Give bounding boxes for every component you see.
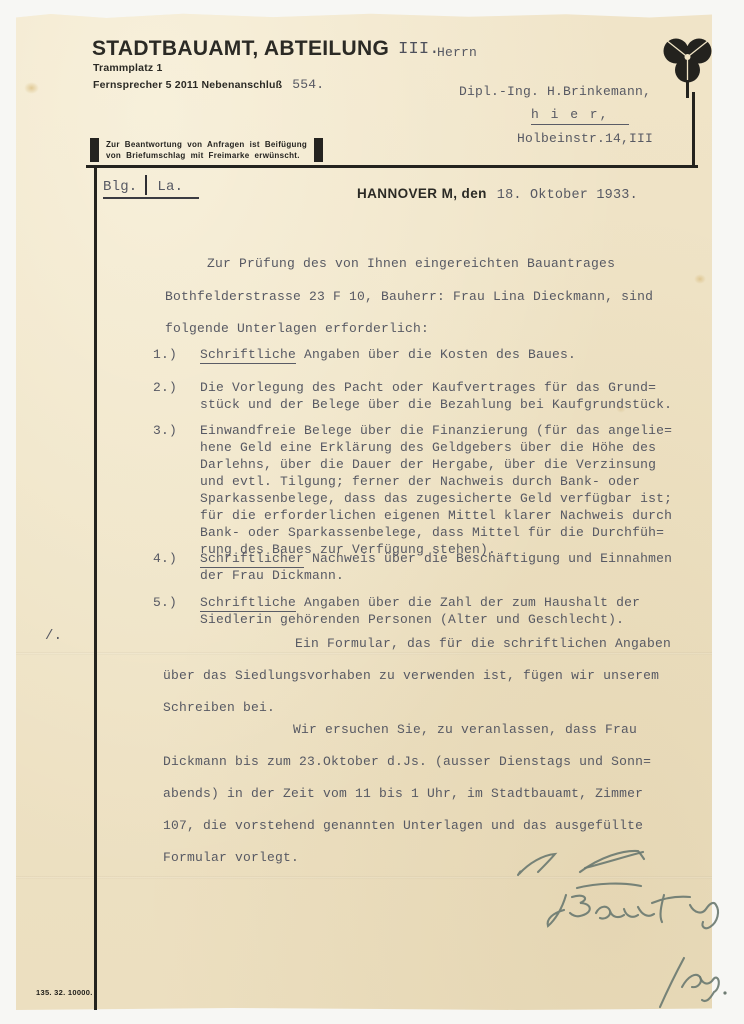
- list-item-number: 5.): [153, 595, 177, 611]
- letterhead-office-line: STADTBAUAMT, ABTEILUNGIII.: [92, 37, 440, 61]
- note-left-bar: [90, 138, 99, 162]
- list-item-text: Angaben über die Kosten des Baues.: [296, 347, 576, 362]
- list-item-line: Darlehns, über die Dauer der Hergabe, üb…: [200, 457, 656, 473]
- recipient-name: Dipl.-Ing. H.Brinkemann,: [459, 84, 651, 100]
- list-item-line: und evtl. Tilgung; ferner der Nachweis d…: [200, 474, 640, 490]
- list-item-line: der Frau Dickmann.: [200, 568, 344, 584]
- form-number: 135. 32. 10000.: [36, 988, 93, 997]
- address-frame-right-rule: [692, 92, 695, 168]
- letterhead-phone-line: Fernsprecher 5 2011 Nebenanschluß554.: [93, 75, 324, 93]
- body-paragraph-line: Dickmann bis zum 23.Oktober d.Js. (ausse…: [163, 754, 651, 770]
- list-item-line: Die Vorlegung des Pacht oder Kaufvertrag…: [200, 380, 656, 396]
- paper-stain: [694, 274, 706, 284]
- note-text: Zur Beantwortung von Anfragen ist Beifüg…: [106, 139, 307, 161]
- office-name-printed: STADTBAUAMT, ABTEILUNG: [92, 37, 389, 60]
- list-item-line: Einwandfreie Belege über die Finanzierun…: [200, 423, 672, 439]
- handwritten-signature: [505, 843, 740, 948]
- body-intro-line: folgende Unterlagen erforderlich:: [165, 321, 429, 337]
- body-paragraph-line: 107, die vorstehend genannten Unterlagen…: [163, 818, 643, 834]
- dateline-date-typed: 18. Oktober 1933.: [497, 188, 638, 203]
- reference-right: La.: [157, 179, 199, 195]
- body-paragraph-line: Schreiben bei.: [163, 700, 275, 716]
- body-intro-line: Bothfelderstrasse 23 F 10, Bauherr: Frau…: [165, 289, 653, 305]
- body-paragraph-line: Ein Formular, das für die schriftlichen …: [295, 636, 671, 652]
- list-item-line: Siedlerin gehörenden Personen (Alter und…: [200, 612, 624, 628]
- reference-left: Blg.: [103, 179, 137, 195]
- reference-field: Blg. La.: [103, 175, 199, 199]
- body-paragraph-line: abends) in der Zeit vom 11 bis 1 Uhr, im…: [163, 786, 643, 802]
- list-item-line: hene Geld eine Erklärung des Geldgebers …: [200, 440, 656, 456]
- paper-stain: [24, 82, 39, 94]
- body-paragraph-line: über das Siedlungsvorhaben zu verwenden …: [163, 668, 659, 684]
- underlined-word: Schriftlicher: [200, 551, 304, 568]
- list-item-line: Schriftliche Angaben über die Zahl der z…: [200, 595, 640, 611]
- list-item-line: Schriftliche Angaben über die Kosten des…: [200, 347, 576, 363]
- body-intro-line: Zur Prüfung des von Ihnen eingereichten …: [207, 256, 615, 272]
- handwritten-paraph: [650, 945, 740, 1020]
- left-margin-rule: [94, 165, 97, 1010]
- reference-divider: [145, 175, 147, 195]
- phone-label-printed: Fernsprecher 5 2011 Nebenanschluß: [93, 79, 282, 91]
- fold-crease: [16, 652, 712, 655]
- margin-mark: /.: [45, 628, 62, 644]
- recipient-salutation: Herrn: [437, 45, 477, 61]
- dateline-place-printed: HANNOVER M, den: [357, 186, 487, 201]
- letterhead-address: Trammplatz 1: [93, 62, 163, 74]
- body-paragraph-line: Wir ersuchen Sie, zu veranlassen, dass F…: [293, 722, 637, 738]
- reply-note-box: Zur Beantwortung von Anfragen ist Beifüg…: [90, 138, 323, 162]
- list-item-number: 3.): [153, 423, 177, 439]
- recipient-city: h i e r,: [531, 107, 629, 125]
- note-line-1: Zur Beantwortung von Anfragen ist Beifüg…: [106, 139, 307, 150]
- list-item-line: Schriftlicher Nachweis über die Beschäft…: [200, 551, 672, 567]
- list-item-text: Nachweis über die Beschäftigung und Einn…: [304, 551, 672, 566]
- office-number-typed: III.: [398, 40, 440, 59]
- hannover-cloverleaf-icon: [660, 36, 714, 98]
- list-item-line: Sparkassenbelege, dass das zugesicherte …: [200, 491, 672, 507]
- scanned-letter-photo: STADTBAUAMT, ABTEILUNGIII. Trammplatz 1 …: [0, 0, 744, 1024]
- list-item-text: Angaben über die Zahl der zum Haushalt d…: [296, 595, 640, 610]
- list-item-line: stück und der Belege über die Bezahlung …: [200, 397, 672, 413]
- list-item-number: 4.): [153, 551, 177, 567]
- list-item-number: 2.): [153, 380, 177, 396]
- list-item-line: Bank- oder Sparkassenbelege, dass Mittel…: [200, 525, 664, 541]
- underlined-word: Schriftliche: [200, 595, 296, 612]
- list-item-line: für die erforderlichen eigenen Mittel kl…: [200, 508, 672, 524]
- header-divider-rule: [86, 165, 698, 168]
- body-paragraph-line: Formular vorlegt.: [163, 850, 299, 866]
- list-item-number: 1.): [153, 347, 177, 363]
- underlined-word: Schriftliche: [200, 347, 296, 364]
- recipient-street: Holbeinstr.14,III: [517, 131, 653, 147]
- dateline: HANNOVER M, den18. Oktober 1933.: [357, 185, 638, 204]
- phone-extension-typed: 554.: [292, 77, 324, 92]
- note-line-2: von Briefumschlag mit Freimarke erwünsch…: [106, 150, 307, 161]
- note-right-bar: [314, 138, 323, 162]
